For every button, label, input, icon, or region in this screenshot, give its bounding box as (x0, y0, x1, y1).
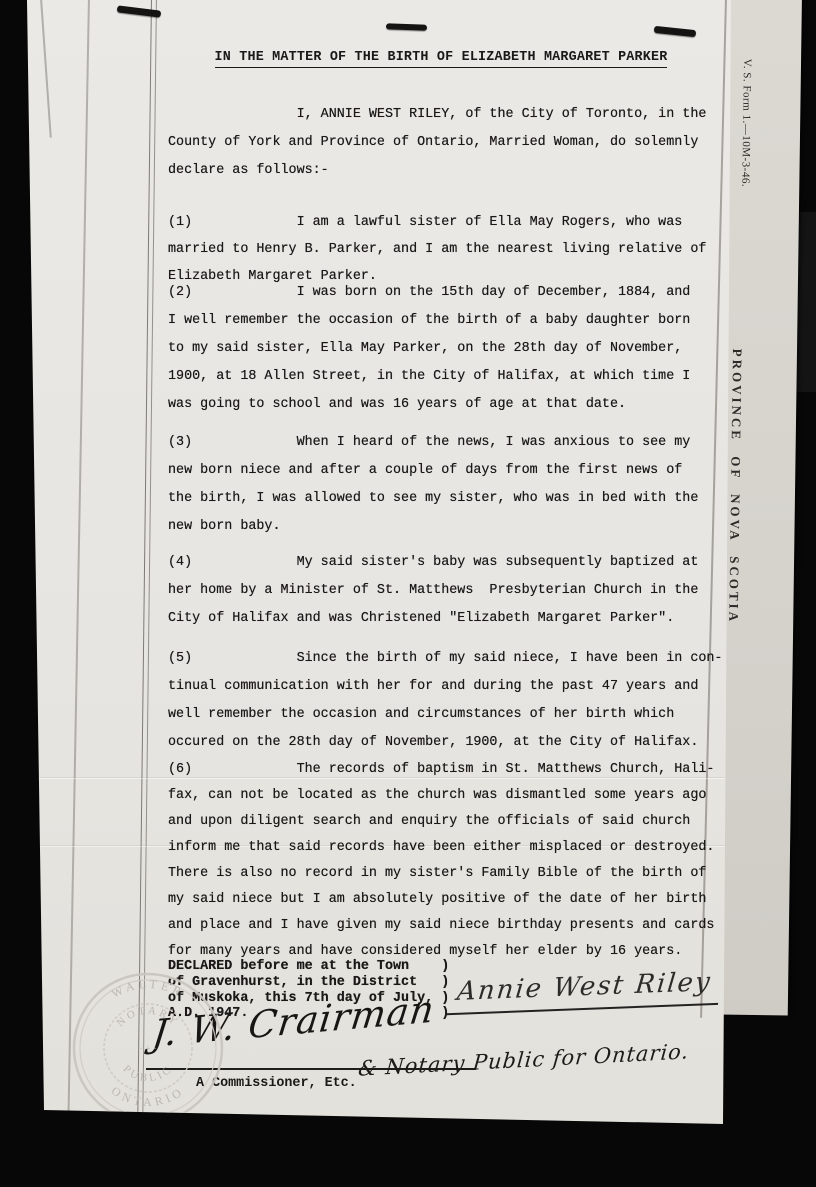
paragraph-4: (4) My said sister's baby was subsequent… (168, 549, 728, 633)
seal-ornament: · + · (139, 1044, 156, 1055)
paragraph-3: (3) When I heard of the news, I was anxi… (168, 429, 728, 541)
seal-inner-bottom-text: PUBLIC (121, 1063, 176, 1085)
paragraph-2: (2) I was born on the 15th day of Decemb… (168, 279, 728, 419)
declaration-page: IN THE MATTER OF THE BIRTH OF ELIZABETH … (0, 0, 816, 1187)
seal-outer-bottom-text: ONTARIO (109, 1084, 187, 1110)
scanned-document-background: V. S. Form 1.—10M-3-46. PROVINCE OF NOVA… (0, 0, 816, 1187)
svg-text:NOTARY: NOTARY (114, 1005, 181, 1030)
fold-line (40, 0, 51, 138)
svg-text:ONTARIO: ONTARIO (109, 1084, 187, 1110)
opening-paragraph: I, ANNIE WEST RILEY, of the City of Toro… (168, 101, 728, 185)
typed-text-column: IN THE MATTER OF THE BIRTH OF ELIZABETH … (168, 50, 728, 1022)
staple-mark (386, 23, 427, 30)
document-title: IN THE MATTER OF THE BIRTH OF ELIZABETH … (154, 50, 728, 65)
commissioner-title-handwritten: & Notary Public for Ontario. (357, 1039, 690, 1080)
form-number-label: V. S. Form 1.—10M-3-46. (739, 59, 753, 187)
paragraph-6: (6) The records of baptism in St. Matthe… (168, 757, 728, 965)
fold-line (67, 0, 90, 1121)
notary-seal: WALTER ONTARIO NOTARY PUBLIC · + · (60, 960, 236, 1136)
paragraph-1: (1) I am a lawful sister of Ella May Rog… (168, 209, 728, 290)
seal-inner-top-text: NOTARY (114, 1005, 181, 1030)
staple-mark (654, 26, 697, 37)
paragraph-5: (5) Since the birth of my said niece, I … (168, 645, 728, 757)
fold-line (137, 0, 157, 1121)
svg-text:PUBLIC: PUBLIC (121, 1063, 176, 1085)
